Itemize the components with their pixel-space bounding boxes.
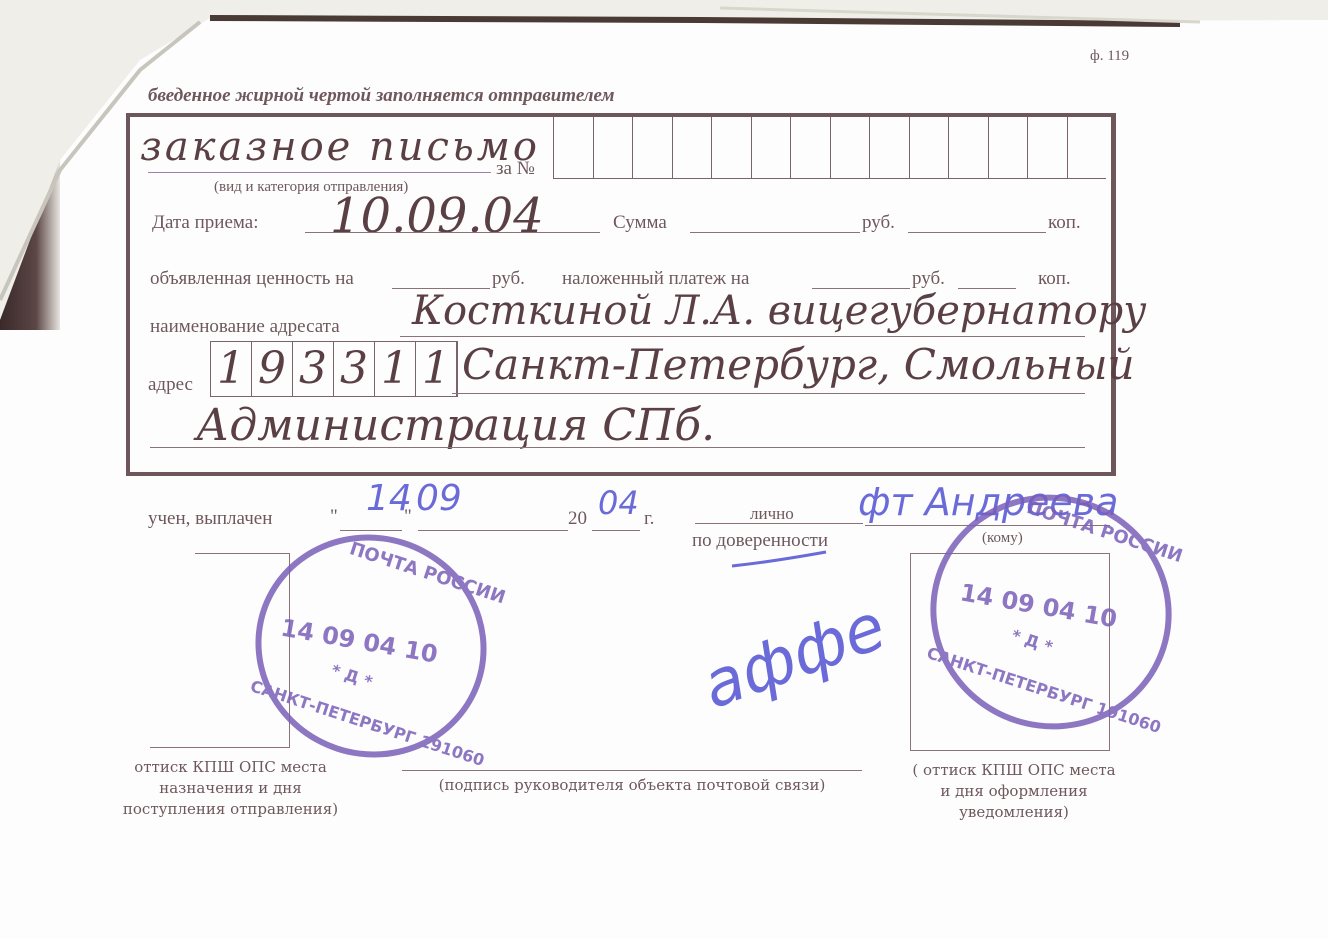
postal-digit: 3 <box>293 342 334 396</box>
postal-digit: 9 <box>252 342 293 396</box>
cod-kop-label: коп. <box>1038 268 1071 290</box>
year-suffix: г. <box>644 508 654 530</box>
day-field[interactable] <box>340 530 402 531</box>
tracking-number-cells[interactable] <box>553 117 1106 179</box>
quote-open: " <box>330 506 338 528</box>
declared-rub-label: руб. <box>492 268 525 290</box>
left-stamp-caption: оттиск КПШ ОПС места назначения и дня по… <box>118 757 343 820</box>
address-label: адрес <box>148 374 193 396</box>
proxy-strike-mark <box>730 548 830 570</box>
sum-kop-label: коп. <box>1048 212 1081 234</box>
header-note: бведенное жирной чертой заполняется отпр… <box>148 85 615 107</box>
kind-underline <box>148 172 491 173</box>
month-field[interactable] <box>418 530 568 531</box>
postal-code-cells[interactable]: 1 9 3 3 1 1 <box>210 341 458 397</box>
quote-close: " <box>404 506 412 528</box>
acceptance-date-label: Дата приема: <box>152 212 259 234</box>
acceptance-date-value: 10.09.04 <box>330 188 544 244</box>
personally-label: лично <box>750 504 794 524</box>
right-stamp-caption: ( оттиск КПШ ОПС места и дня оформления … <box>890 760 1138 823</box>
address-underline-2 <box>150 447 1085 448</box>
signature-caption: (подпись руководителя объекта почтовой с… <box>402 775 862 796</box>
sum-kop-field[interactable] <box>908 232 1046 233</box>
month-value: 09 <box>416 478 462 519</box>
left-box-top-line <box>195 553 290 554</box>
sum-rub-label: руб. <box>862 212 895 234</box>
cod-rub-label: руб. <box>912 268 945 290</box>
addressee-value: Косткиной Л.А. вицегубернатору <box>412 288 1147 334</box>
date-underline <box>305 232 600 233</box>
address-line-2: Администрация СПб. <box>196 400 715 451</box>
kind-value: заказное письмо <box>140 124 540 170</box>
postal-digit: 1 <box>375 342 416 396</box>
postal-digit: 3 <box>334 342 375 396</box>
number-label: за № <box>496 158 535 180</box>
year-value: 04 <box>598 484 639 522</box>
form-number: ф. 119 <box>1090 48 1129 65</box>
year-field[interactable] <box>592 530 640 531</box>
declared-value-label: объявленная ценность на <box>150 268 354 290</box>
addressee-underline <box>400 336 1085 337</box>
address-line-1: Санкт-Петербург, Смольный <box>462 340 1135 389</box>
year-prefix: 20 <box>568 508 587 530</box>
address-underline-1 <box>452 393 1085 394</box>
postal-digit: 1 <box>211 342 252 396</box>
signature-line[interactable] <box>402 770 862 771</box>
sum-label: Сумма <box>613 212 667 234</box>
cod-label: наложенный платеж на <box>562 268 749 290</box>
addressee-label: наименование адресата <box>150 316 340 338</box>
sum-rub-field[interactable] <box>690 232 860 233</box>
postal-digit: 1 <box>416 342 457 396</box>
received-label: учен, выплачен <box>148 508 272 530</box>
left-box-bottom-line <box>150 747 290 748</box>
